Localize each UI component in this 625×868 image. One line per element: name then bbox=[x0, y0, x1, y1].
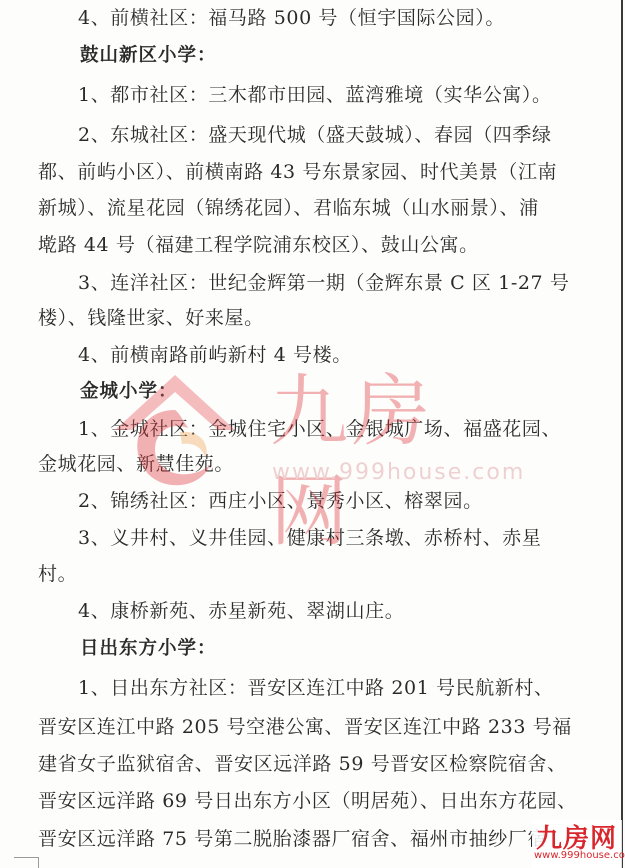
text-line: 3、义井村、义井佳园、健康村三条墩、赤桥村、赤星 bbox=[78, 526, 542, 550]
text-line: 1、都市社区：三木都市田园、蓝湾雅境（实华公寓）。 bbox=[78, 83, 552, 107]
section-heading: 金城小学： bbox=[80, 380, 178, 404]
document-page: 4、前横社区：福马路 500 号（恒宇国际公园）。鼓山新区小学：1、都市社区：三… bbox=[0, 0, 622, 868]
text-line: 村。 bbox=[38, 562, 77, 586]
brand-logo: 九房网 www.999house.com bbox=[532, 820, 622, 868]
text-line: 4、康桥新苑、赤星新苑、翠湖山庄。 bbox=[78, 599, 404, 623]
text-line: 晋安区连江中路 205 号空港公寓、晋安区连江中路 233 号福 bbox=[38, 715, 572, 739]
watermark-url: www.999house.com bbox=[272, 460, 525, 485]
section-heading: 鼓山新区小学： bbox=[80, 44, 217, 68]
section-heading: 日出东方小学： bbox=[80, 637, 217, 661]
text-line: 3、连洋社区：世纪金辉第一期（金辉东景 C 区 1-27 号 bbox=[78, 271, 569, 295]
page-corner-mark bbox=[14, 857, 39, 868]
brand-url: www.999house.com bbox=[534, 850, 625, 861]
text-line: 金城花园、新慧佳苑。 bbox=[38, 452, 234, 476]
text-line: 4、前横南路前屿新村 4 号楼。 bbox=[78, 343, 352, 367]
text-line: 建省女子监狱宿舍、晋安区远洋路 59 号晋安区检察院宿舍、 bbox=[38, 752, 567, 776]
text-line: 2、锦绣社区：西庄小区、景秀小区、榕翠园。 bbox=[78, 489, 483, 513]
text-line: 晋安区远洋路 69 号日出东方小区（明居苑）、日出东方花园、 bbox=[38, 789, 577, 813]
text-line: 2、东城社区：盛天现代城（盛天鼓城）、春园（四季绿 bbox=[78, 123, 552, 147]
text-line: 都、前屿小区）、前横南路 43 号东景家园、时代美景（江南 bbox=[38, 160, 557, 184]
text-line: 晋安区远洋路 75 号第二脱胎漆器厂宿舍、福州市抽纱厂宿 bbox=[38, 827, 547, 851]
text-line: 1、日出东方社区：晋安区连江中路 201 号民航新村、 bbox=[78, 676, 554, 700]
page-right-border bbox=[621, 0, 623, 868]
text-line: 1、金城社区：金城住宅小区、金银城广场、福盛花园、 bbox=[78, 417, 561, 441]
text-line: 墘路 44 号（福建工程学院浦东校区）、鼓山公寓。 bbox=[38, 233, 479, 257]
text-line: 楼）、钱隆世家、好来屋。 bbox=[38, 306, 264, 330]
text-line: 新城）、流星花园（锦绣花园）、君临东城（山水丽景）、浦 bbox=[38, 196, 539, 220]
text-line: 4、前横社区：福马路 500 号（恒宇国际公园）。 bbox=[78, 6, 505, 30]
